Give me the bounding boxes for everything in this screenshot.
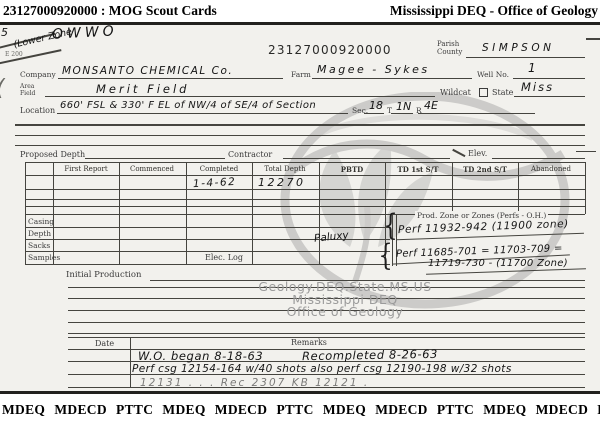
page-title: 23127000920000 : MOG Scout Cards (3, 3, 217, 19)
agency-title: Mississippi DEQ - Office of Geology (390, 3, 598, 19)
rule-line (15, 124, 585, 126)
township-value: 1N (396, 100, 411, 113)
remarks-column-label: Remarks (291, 338, 327, 347)
elec-log-label: Elec. Log (205, 253, 243, 262)
remark-line-1a: W.O. began 8-18-63 (138, 349, 263, 363)
county-value: SIMPSON (482, 42, 554, 54)
wildcat-label: Wildcat (440, 88, 471, 97)
col-header-td-1st: TD 1st S/T (385, 165, 451, 174)
rule-line (68, 333, 585, 334)
field-underline (312, 78, 472, 79)
date-column-label: Date (95, 339, 114, 348)
field-underline (57, 113, 348, 114)
edge-paren-mark: ( (0, 76, 5, 101)
farm-value: Magee - Sykes (317, 63, 430, 76)
table-line (25, 162, 585, 163)
col-header-pbtd: PBTD (319, 165, 385, 174)
table-line (25, 227, 390, 228)
range-value: 4E (424, 99, 438, 112)
field-value: Merit Field (96, 82, 189, 96)
table-line (25, 162, 26, 264)
table-line (25, 264, 390, 265)
elev-label: Elev. (468, 149, 487, 158)
scout-card-page: 23127000920000 : MOG Scout Cards Mississ… (0, 0, 600, 421)
table-line (186, 162, 187, 264)
location-value: 660' FSL & 330' F EL of NW/4 of SE/4 of … (60, 100, 316, 111)
table-line (25, 251, 390, 252)
card-bottom-edge (0, 391, 600, 394)
county-label: County (437, 48, 462, 56)
field-underline (492, 158, 585, 159)
footer-org-strip: MDEQ MDECD PTTC MDEQ MDECD PTTC MDEQ MDE… (2, 402, 600, 418)
field-label: Field (20, 90, 35, 97)
table-line (130, 337, 131, 387)
farm-label: Farm (291, 70, 311, 79)
field-underline (513, 78, 585, 79)
proposed-depth-label: Proposed Depth (20, 150, 85, 159)
annotation-small-typed: E 200 (5, 51, 23, 58)
field-underline (364, 113, 384, 114)
table-line (53, 162, 54, 264)
col-header-td-2nd: TD 2nd S/T (452, 165, 518, 174)
sec-value: 18 (369, 99, 383, 112)
wildcat-checkbox (479, 88, 488, 97)
field-underline (418, 113, 535, 114)
location-label: Location (20, 106, 55, 115)
well-no-label: Well No. (477, 70, 509, 79)
well-id-number: 23127000920000 (268, 43, 392, 57)
field-underline (45, 96, 435, 97)
table-line (119, 162, 120, 264)
table-line (25, 189, 585, 190)
state-value: Miss (521, 80, 554, 94)
rule-line (68, 322, 585, 323)
rule-line (15, 135, 585, 136)
contractor-label: Contractor (228, 150, 272, 159)
completed-date-value: 1-4-62 (193, 176, 237, 190)
col-header-first-report: First Report (53, 165, 119, 173)
annotation-five: 5 (1, 26, 8, 39)
parish-label: Parish (437, 40, 459, 48)
annotation-owwo: OWWO (52, 23, 118, 42)
field-underline (283, 158, 450, 159)
rule-line (15, 145, 585, 146)
table-line (585, 162, 586, 214)
perf-entry-3: 11719-730 - (11700 Zone) (428, 258, 568, 269)
table-line (25, 199, 585, 200)
well-no-value: 1 (528, 61, 536, 75)
company-value: MONSANTO CHEMICAL Co. (62, 65, 233, 77)
field-underline (58, 78, 283, 79)
remark-line-1b: Recompleted 8-26-63 (302, 347, 438, 363)
table-line (25, 206, 585, 207)
remark-line-3-partial: 12131 . . . Rec 2307 KB 12121 . (140, 377, 369, 389)
remark-line-2: Perf csg 12154-164 w/40 shots also perf … (132, 363, 512, 375)
col-header-abandoned: Abandoned (518, 165, 584, 173)
row-label-sacks: Sacks (28, 241, 50, 250)
field-underline (514, 96, 585, 97)
row-label-samples: Samples (28, 253, 60, 262)
col-header-total-depth: Total Depth (252, 165, 318, 173)
row-label-casing: Casing (28, 217, 54, 226)
scan-dash (586, 38, 600, 40)
field-underline (466, 57, 585, 58)
brace-mark: { (378, 238, 392, 273)
scan-dash (576, 151, 596, 152)
total-depth-value: 12270 (258, 176, 306, 189)
state-label: State (492, 88, 513, 97)
row-label-depth: Depth (28, 229, 51, 238)
table-line (252, 162, 253, 264)
col-header-commenced: Commenced (119, 165, 185, 173)
field-underline (85, 158, 225, 159)
company-label: Company (20, 70, 56, 79)
table-line (319, 162, 320, 264)
field-underline (391, 113, 413, 114)
col-header-completed: Completed (186, 165, 252, 173)
watermark-office-text: Office of Geology (235, 304, 455, 319)
initial-production-label: Initial Production (66, 270, 141, 280)
